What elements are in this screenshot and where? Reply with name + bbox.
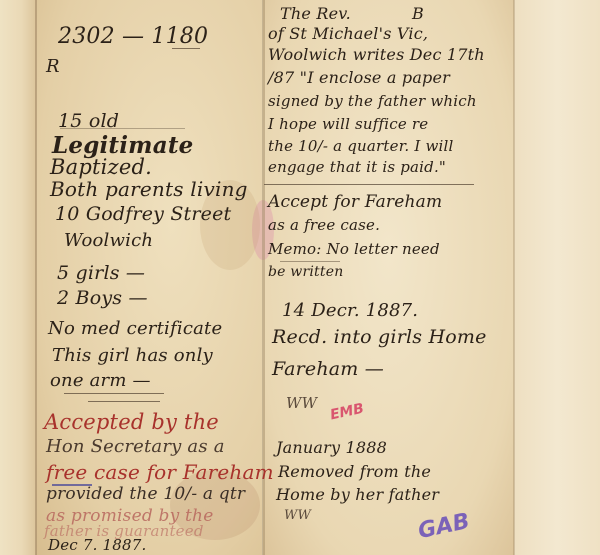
baptism-line: Baptized. [50,155,152,179]
letter-line-6: the 10/- a quarter. I will [268,137,454,155]
reference-mark: R [46,56,60,77]
boys-count: 2 Boys — [57,287,148,309]
condition-line-1: This girl has only [52,345,213,366]
right-blank-panel [514,0,600,555]
parents-line: Both parents living [50,177,248,201]
acceptance-date: Dec 7. 1887. [48,536,147,554]
letter-line-4: signed by the father which [268,92,477,110]
letter-line-1: of St Michael's Vic, [268,24,428,43]
girls-count: 5 girls — [57,262,145,284]
removal-line-2: Home by her father [276,485,439,504]
removal-line-1: Removed from the [278,462,431,481]
memo-line-1: Memo: No letter need [268,240,440,258]
letter-header-mark: B [412,4,424,23]
acceptance-note-line-1: Accepted by the [44,410,219,434]
admission-line-1: Recd. into girls Home [272,326,487,348]
letter-line-3: /87 "I enclose a paper [268,68,450,87]
town-line: Woolwich [64,230,153,251]
certificate-line: No med certificate [48,318,222,339]
memo-line-2: be written [268,264,343,280]
acceptance-note-line-2: Hon Secretary as a [46,436,225,457]
decision-line-1: Accept for Fareham [268,192,442,212]
decision-line-2: as a free case. [268,216,380,234]
admission-date: 14 Decr. 1887. [282,300,418,321]
acceptance-note-line-4: provided the 10/- a qtr [46,484,245,504]
initials-1: WW [286,394,317,412]
letter-line-7: engage that it is paid." [268,158,446,176]
fold-line-left [35,0,37,555]
reference-number: 2302 — 1180 [58,24,208,49]
fold-line-right [513,0,515,555]
condition-line-2: one arm — [50,370,151,391]
folded-document: 2302 — 1180 R 15 old Legitimate Baptized… [0,0,600,555]
acceptance-note-line-3: free case for Fareham [46,460,274,484]
letter-line-2: Woolwich writes Dec 17th [268,45,485,64]
admission-line-2: Fareham — [272,358,384,380]
letter-header: The Rev. [280,4,351,23]
left-flap [0,0,36,555]
removal-date: January 1888 [276,438,387,457]
letter-line-5: I hope will suffice re [268,115,428,133]
initials-2: WW [284,508,311,523]
address-line: 10 Godfrey Street [55,203,231,225]
